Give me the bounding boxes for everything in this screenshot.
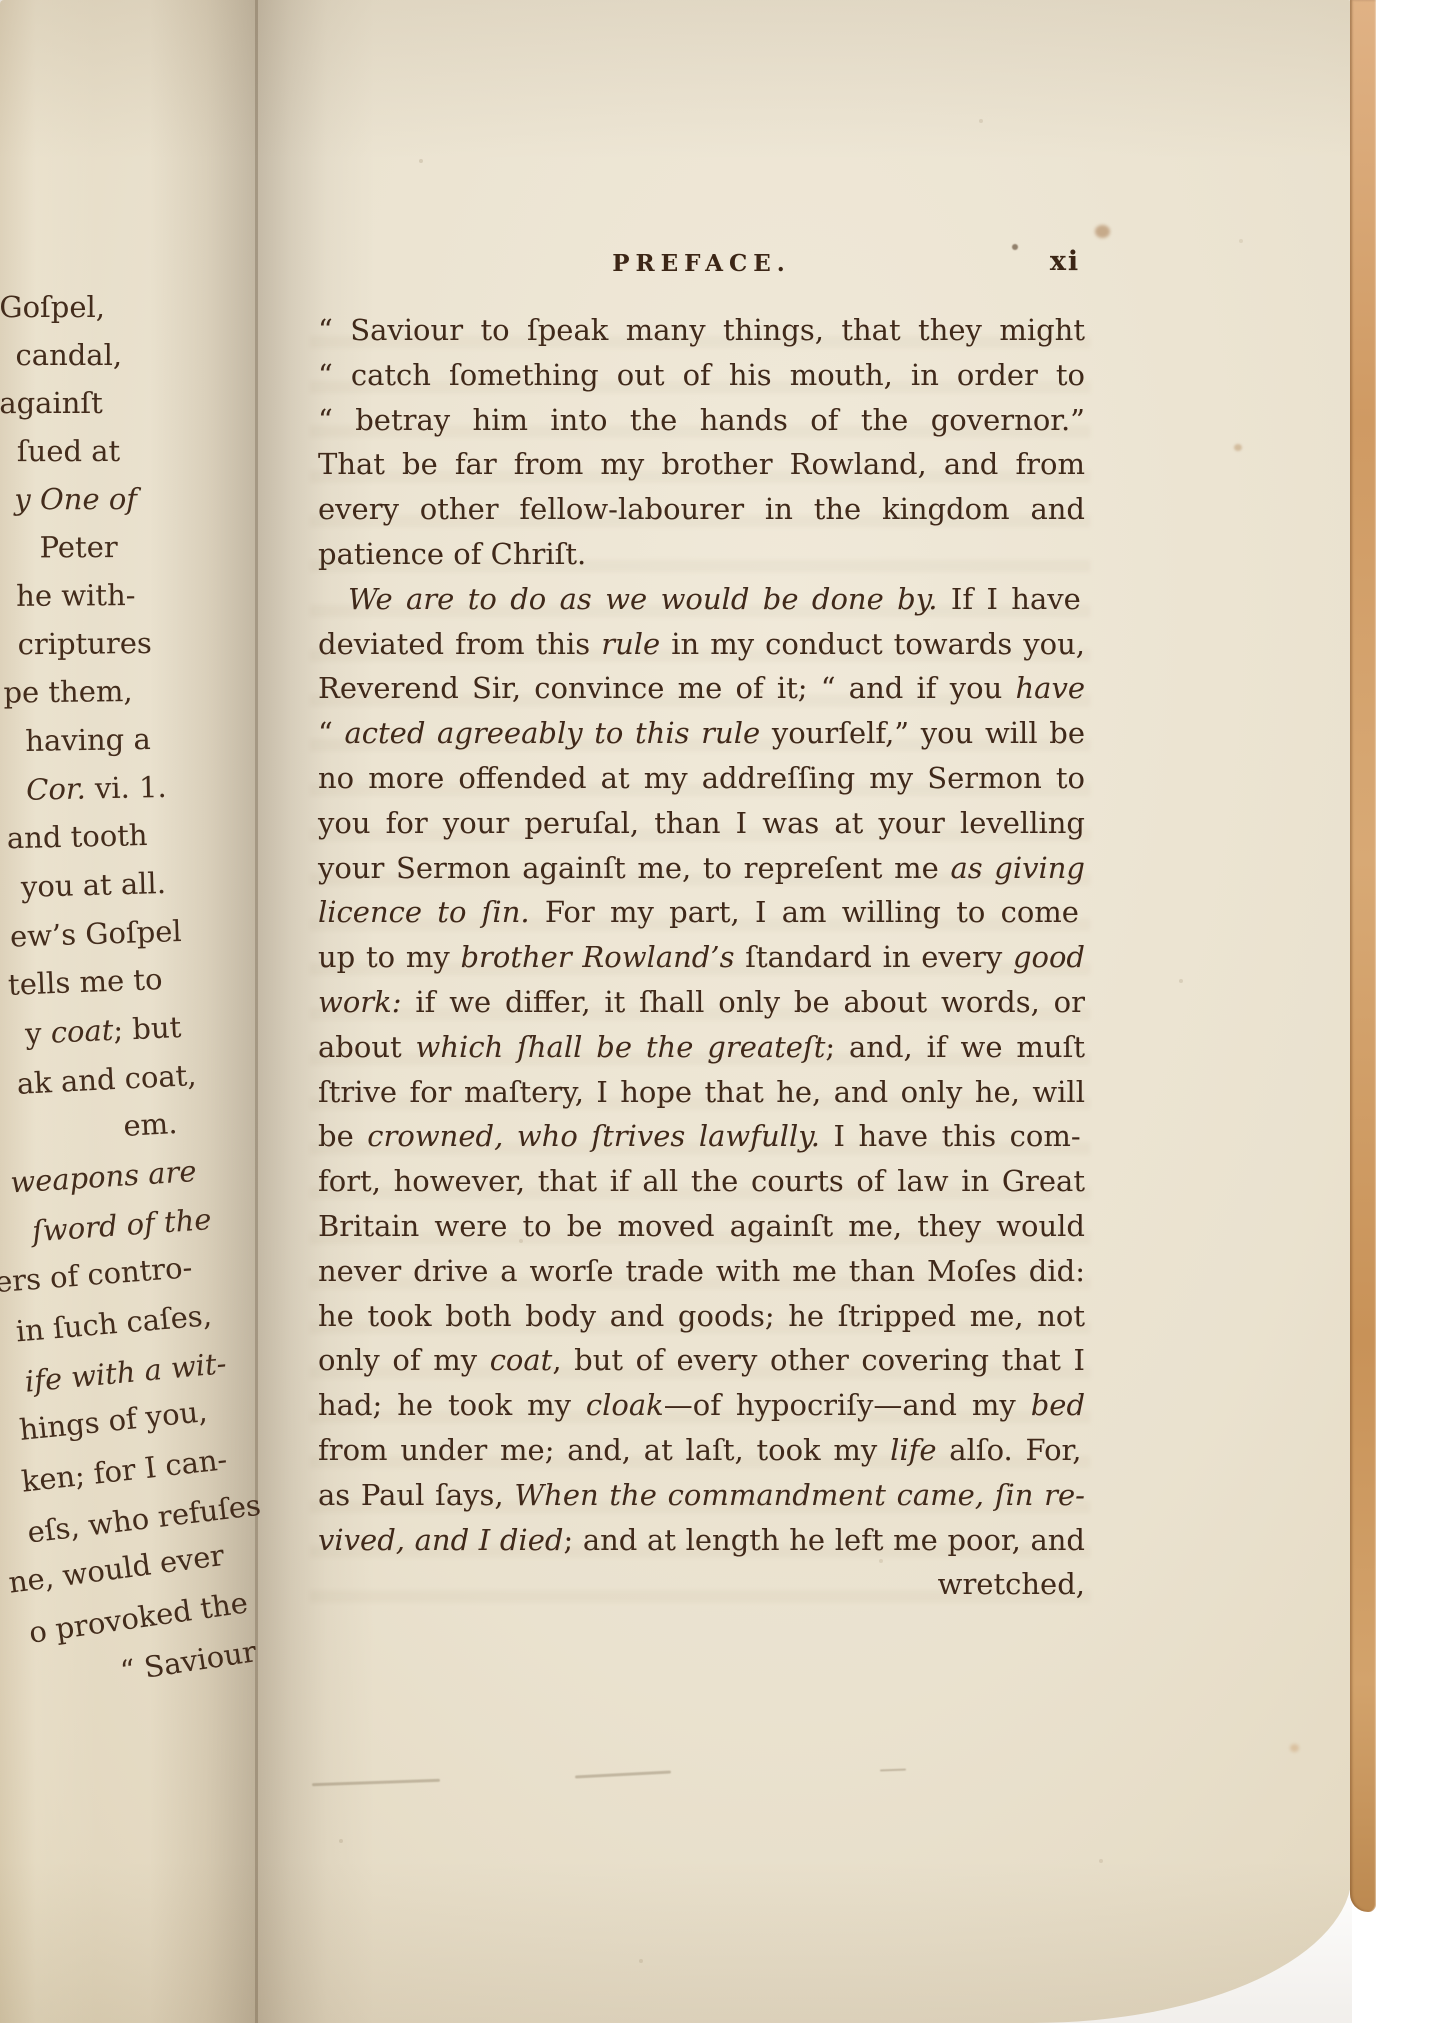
left-page-line-fragment: candal, (0, 331, 122, 379)
text-segment: We are to do as we would be done by. (348, 582, 937, 616)
text-segment: For my part, I am willing to come (530, 895, 1079, 929)
text-segment: If I have (937, 582, 1080, 616)
line-content: “ betray him into the hands of the gover… (318, 403, 1085, 437)
left-page-line-fragment: and tooth (0, 811, 148, 864)
line-content: never drive a worſe trade with me than M… (318, 1254, 1085, 1288)
line-content: be crowned, who ſtrives lawfully. I have… (318, 1119, 1081, 1153)
text-segment: which ſhall be the greateſt (416, 1030, 826, 1064)
line-content: every other fellow-labourer in the kingd… (318, 492, 1085, 526)
text-segment: I have this com- (820, 1119, 1081, 1153)
text-segment: in ſuch caſes, (15, 1298, 213, 1348)
line-content: Britain were to be moved againſt me, the… (318, 1209, 1085, 1243)
left-page-line-fragment: y coat; but (0, 1003, 182, 1060)
text-segment: y One of (14, 482, 137, 516)
foxing-spot (1290, 1744, 1299, 1752)
text-segment: bed (1031, 1388, 1085, 1422)
text-segment: againſt (0, 386, 103, 420)
text-line: no more offended at my addreſſing my Ser… (318, 756, 1085, 801)
text-line: ſtrive for maſtery, I hope that he, and … (318, 1070, 1085, 1115)
line-content: vived, and I died; and at length he left… (318, 1523, 1085, 1557)
text-segment: Cor. (26, 772, 86, 807)
text-segment: tells me to (7, 962, 163, 1002)
left-page-line-fragment: you at all. (0, 859, 167, 913)
text-segment: ak and coat, (16, 1058, 197, 1101)
line-content: he took both body and goods; he ſtripped… (318, 1299, 1085, 1333)
text-line: never drive a worſe trade with me than M… (318, 1249, 1085, 1294)
line-content: That be far from my brother Rowland, and… (318, 447, 1085, 481)
line-content: Reverend Sir, convince me of it; “ and i… (318, 671, 1085, 705)
paragraph: “ Saviour to ſpeak many things, that the… (318, 308, 1085, 577)
text-segment: and tooth (6, 818, 147, 855)
text-segment: y (24, 1016, 51, 1051)
text-segment: vived, and I died (318, 1523, 563, 1557)
text-line: deviated from this rule in my conduct to… (318, 622, 1085, 667)
text-segment: brother Rowland’s (460, 940, 734, 974)
text-segment: “ betray him into the hands of the gover… (318, 403, 1085, 437)
text-segment: as Paul ſays, (318, 1478, 514, 1512)
text-segment: , but of every other covering that I (552, 1343, 1085, 1377)
text-line: work: if we differ, it ſhall only be abo… (318, 980, 1085, 1025)
text-segment: if we differ, it ſhall only be about wor… (402, 985, 1086, 1019)
right-page-text: “ Saviour to ſpeak many things, that the… (318, 308, 1085, 1607)
left-page-line-fragment: having a (0, 715, 151, 766)
text-segment: ſtandard in every (734, 940, 1012, 974)
text-segment: rule (601, 627, 660, 661)
line-content: you for your peruſal, than I was at your… (318, 806, 1085, 840)
text-segment: candal, (16, 338, 123, 372)
text-segment: em. (123, 1106, 179, 1143)
left-page-line-fragment: he with- (0, 571, 136, 620)
bottom-vignette (0, 1860, 1352, 2023)
line-content: up to my brother Rowland’s ſtandard in e… (318, 940, 1085, 974)
text-line: wretched, (318, 1562, 1085, 1607)
text-segment: he took both body and goods; he ſtripped… (318, 1299, 1085, 1333)
text-line: every other fellow-labourer in the kingd… (318, 487, 1085, 532)
text-segment: —of hypocriſy—and my (664, 1388, 1031, 1422)
text-segment: Peter (40, 530, 118, 564)
text-segment: coat (490, 1343, 553, 1377)
line-content: “ Saviour to ſpeak many things, that the… (318, 313, 1085, 347)
foxing-spot (1012, 244, 1018, 250)
line-content: wretched, (938, 1567, 1085, 1601)
text-segment: as giving (950, 851, 1085, 885)
text-segment: in my conduct towards you, (660, 627, 1085, 661)
text-segment: you at all. (21, 866, 167, 904)
text-line: up to my brother Rowland’s ſtandard in e… (318, 935, 1085, 980)
text-segment: about (318, 1030, 416, 1064)
text-segment: you for your peruſal, than I was at your… (318, 806, 1085, 840)
line-content: ſtrive for maſtery, I hope that he, and … (318, 1075, 1085, 1109)
line-content: “ catch ſomething out of his mouth, in o… (318, 358, 1085, 392)
text-segment: yourſelf,” you will be (760, 716, 1085, 750)
text-segment: cloak (586, 1388, 664, 1422)
text-line: had; he took my cloak—of hypocriſy—and m… (318, 1383, 1085, 1428)
text-line: vived, and I died; and at length he left… (318, 1518, 1085, 1563)
text-segment: good (1013, 940, 1085, 974)
line-content: work: if we differ, it ſhall only be abo… (318, 985, 1085, 1019)
paragraph: We are to do as we would be done by. If … (318, 577, 1085, 1607)
line-content: licence to ſin. For my part, I am willin… (318, 895, 1079, 929)
left-page-line-fragment: Peter (0, 523, 118, 572)
text-segment: vi. 1. (85, 770, 167, 806)
left-page-line-fragment: ſued at (0, 427, 120, 475)
text-segment: wretched, (938, 1567, 1085, 1601)
text-segment: coat (50, 1013, 114, 1050)
text-segment: be (318, 1119, 367, 1153)
text-segment: licence to ſin. (318, 895, 530, 929)
line-content: “ acted agreeably to this rule yourſelf,… (318, 716, 1085, 750)
left-page-line-fragment: Goſpel, (0, 283, 105, 331)
text-segment: fort, however, that if all the courts of… (318, 1164, 1085, 1198)
foxing-spot (1234, 444, 1242, 451)
text-segment: ſued at (17, 434, 120, 468)
text-segment: When the commandment came, ſin re- (514, 1478, 1085, 1512)
text-line: licence to ſin. For my part, I am willin… (318, 890, 1085, 935)
text-segment: he with- (16, 578, 136, 613)
left-page-line-fragment: ew’s Goſpel (0, 907, 182, 962)
text-line: you for your peruſal, than I was at your… (318, 801, 1085, 846)
left-page-line-fragment: Cor. vi. 1. (0, 763, 167, 815)
text-segment: acted agreeably to this rule (344, 716, 760, 750)
text-line: Britain were to be moved againſt me, the… (318, 1204, 1085, 1249)
text-segment: “ (318, 716, 344, 750)
text-segment: life (890, 1433, 936, 1467)
text-line: “ betray him into the hands of the gover… (318, 398, 1085, 443)
text-segment: ; but (113, 1010, 182, 1047)
line-content: deviated from this rule in my conduct to… (318, 627, 1085, 661)
text-segment: weapons are (9, 1154, 197, 1200)
text-line: from under me; and, at laſt, took my lif… (318, 1428, 1085, 1473)
text-line: your Sermon againſt me, to repreſent me … (318, 846, 1085, 891)
text-segment: having a (25, 722, 151, 758)
text-segment: never drive a worſe trade with me than M… (318, 1254, 1085, 1288)
running-head-title: PREFACE. (318, 248, 1085, 280)
line-content: your Sermon againſt me, to repreſent me … (318, 851, 1085, 885)
left-page-line-fragment: pe them, (0, 667, 133, 718)
line-content: had; he took my cloak—of hypocriſy—and m… (318, 1388, 1085, 1422)
left-page-line-fragment: criptures (0, 619, 152, 669)
text-segment: ; and at length he left me poor, and (563, 1523, 1085, 1557)
text-line: “ Saviour to ſpeak many things, that the… (318, 308, 1085, 353)
text-segment: your Sermon againſt me, to repreſent me (318, 851, 950, 885)
line-content: patience of Chriſt. (318, 537, 586, 571)
text-segment: ers of contro- (0, 1250, 194, 1299)
text-segment: alſo. For, (937, 1433, 1082, 1467)
left-page-line-fragment: againſt (0, 379, 103, 427)
left-page-line-fragment: tells me to (0, 955, 163, 1011)
text-segment: Goſpel, (0, 290, 105, 324)
page-number: xi (1030, 246, 1100, 278)
text-segment: patience of Chriſt. (318, 537, 586, 571)
line-content: as Paul ſays, When the commandment came,… (318, 1478, 1085, 1512)
text-segment: Reverend Sir, convince me of it; “ and i… (318, 671, 1015, 705)
text-segment: That be far from my brother Rowland, and… (318, 447, 1085, 481)
text-line: “ catch ſomething out of his mouth, in o… (318, 353, 1085, 398)
text-line: Reverend Sir, convince me of it; “ and i… (318, 666, 1085, 711)
text-segment: ſtrive for maſtery, I hope that he, and … (318, 1075, 1085, 1109)
line-content: We are to do as we would be done by. If … (348, 582, 1081, 616)
text-segment: Britain were to be moved againſt me, the… (318, 1209, 1085, 1243)
left-page-line-fragment: y One of (0, 475, 137, 524)
text-segment: only of my (318, 1343, 490, 1377)
text-segment: “ catch ſomething out of his mouth, in o… (318, 358, 1085, 392)
text-segment: pe them, (3, 674, 133, 710)
text-segment: every other fellow-labourer in the kingd… (318, 492, 1085, 526)
top-vignette (0, 0, 1352, 160)
text-line: he took both body and goods; he ſtripped… (318, 1294, 1085, 1339)
text-segment: no more offended at my addreſſing my Ser… (318, 761, 1085, 795)
text-line: That be far from my brother Rowland, and… (318, 442, 1085, 487)
text-segment: “ Saviour to ſpeak many things, that the… (318, 313, 1085, 347)
line-content: from under me; and, at laſt, took my lif… (318, 1433, 1081, 1467)
text-line: fort, however, that if all the courts of… (318, 1159, 1085, 1204)
text-line: about which ſhall be the greateſt; and, … (318, 1025, 1085, 1070)
text-segment: criptures (17, 626, 152, 661)
text-segment: up to my (318, 940, 460, 974)
text-line: as Paul ſays, When the commandment came,… (318, 1473, 1085, 1518)
text-segment: ; and, if we muſt (825, 1030, 1085, 1064)
text-line: only of my coat, but of every other cove… (318, 1338, 1085, 1383)
line-content: fort, however, that if all the courts of… (318, 1164, 1085, 1198)
line-content: only of my coat, but of every other cove… (318, 1343, 1085, 1377)
line-content: no more offended at my addreſſing my Ser… (318, 761, 1085, 795)
text-segment: work: (318, 985, 402, 1019)
paper-specks (0, 0, 2, 2)
text-line: “ acted agreeably to this rule yourſelf,… (318, 711, 1085, 756)
text-segment: ew’s Goſpel (9, 914, 182, 954)
text-segment: have (1015, 671, 1085, 705)
left-page-fragments: Goſpel,candal,againſtſued aty One ofPete… (0, 283, 215, 1675)
text-segment: ſword of the (31, 1202, 213, 1248)
text-line: patience of Chriſt. (318, 532, 1085, 577)
text-segment: deviated from this (318, 627, 601, 661)
text-segment: crowned, who ſtrives lawfully. (367, 1119, 820, 1153)
line-content: about which ſhall be the greateſt; and, … (318, 1030, 1085, 1064)
foxing-spot (1095, 225, 1110, 238)
book-photo: { "colors":{ "background":"#ffffff", "pa… (0, 0, 1445, 2023)
page-edge-deckle (1350, 0, 1376, 1912)
text-line: be crowned, who ſtrives lawfully. I have… (318, 1114, 1085, 1159)
text-line: We are to do as we would be done by. If … (318, 577, 1085, 622)
text-segment: had; he took my (318, 1388, 586, 1422)
text-segment: from under me; and, at laſt, took my (318, 1433, 890, 1467)
